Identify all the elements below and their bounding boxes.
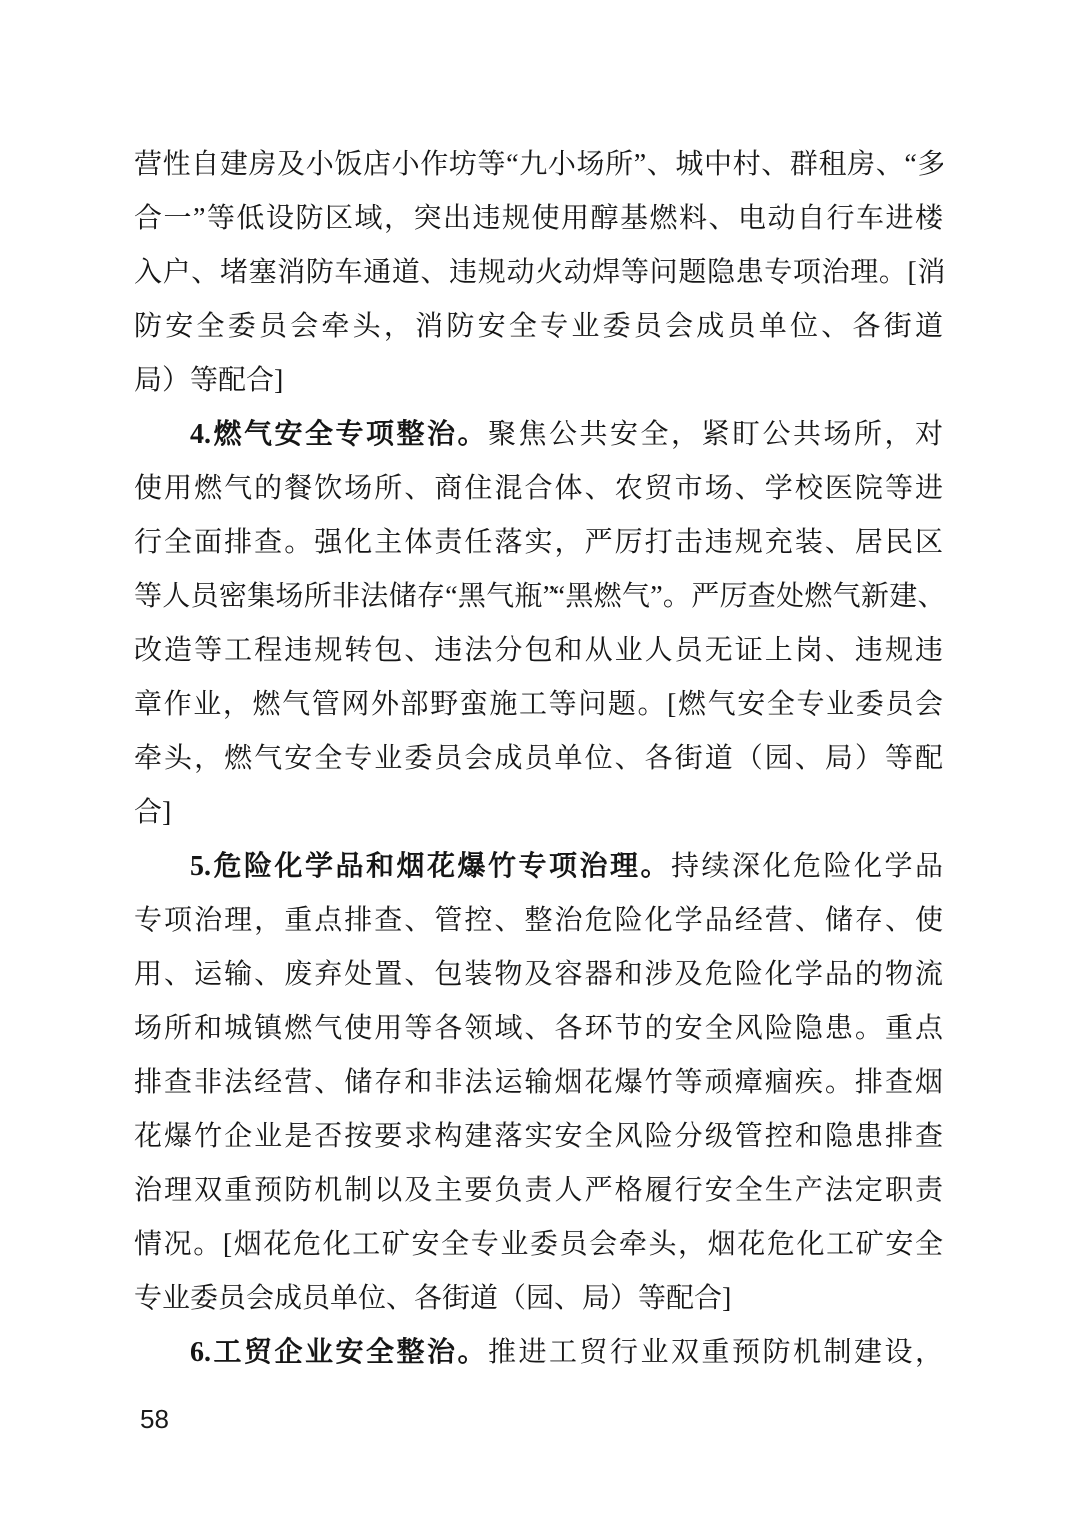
- text-line: 等人员密集场所非法储存“黑气瓶”“黑燃气”。严厉查处燃气新建、: [134, 570, 943, 624]
- text-line: 防安全委员会牵头，消防安全专业委员会成员单位、各街道（园、: [134, 300, 943, 354]
- text-line: 改造等工程违规转包、违法分包和从业人员无证上岗、违规违: [134, 624, 943, 678]
- text-line: 合一”等低设防区域，突出违规使用醇基燃料、电动自行车进楼: [134, 192, 943, 246]
- text-line: 情况。[烟花危化工矿安全专业委员会牵头，烟花危化工矿安全: [134, 1218, 943, 1272]
- text-line: 6.工贸企业安全整治。推进工贸行业双重预防机制建设，: [134, 1326, 943, 1380]
- text-run: 推进工贸行业双重预防机制建设，: [488, 1337, 943, 1368]
- section-6-heading: 6.工贸企业安全整治。: [190, 1337, 488, 1368]
- text-line: 使用燃气的餐饮场所、商住混合体、农贸市场、学校医院等进: [134, 462, 943, 516]
- text-line: 专业委员会成员单位、各街道（园、局）等配合]: [134, 1272, 943, 1326]
- text-line: 牵头，燃气安全专业委员会成员单位、各街道（园、局）等配: [134, 732, 943, 786]
- paragraph-hazchem-fireworks: 5.危险化学品和烟花爆竹专项治理。持续深化危险化学品 专项治理，重点排查、管控、…: [134, 840, 943, 1326]
- section-4-heading: 4.燃气安全专项整治。: [190, 419, 488, 450]
- text-line: 专项治理，重点排查、管控、整治危险化学品经营、储存、使: [134, 894, 943, 948]
- paragraph-gas-safety: 4.燃气安全专项整治。聚焦公共安全，紧盯公共场所，对 使用燃气的餐饮场所、商住混…: [134, 408, 943, 840]
- document-page: 营性自建房及小饭店小作坊等“九小场所”、城中村、群租房、“多 合一”等低设防区域…: [0, 0, 1074, 1520]
- paragraph-industry-trade-safety: 6.工贸企业安全整治。推进工贸行业双重预防机制建设，: [134, 1326, 943, 1380]
- text-line: 排查非法经营、储存和非法运输烟花爆竹等顽瘴痼疾。排查烟: [134, 1056, 943, 1110]
- page-number: 58: [140, 1404, 169, 1434]
- text-line: 4.燃气安全专项整治。聚焦公共安全，紧盯公共场所，对: [134, 408, 943, 462]
- text-run: 聚焦公共安全，紧盯公共场所，对: [488, 419, 943, 450]
- text-line: 花爆竹企业是否按要求构建落实安全风险分级管控和隐患排查: [134, 1110, 943, 1164]
- paragraph-fire-safety-continuation: 营性自建房及小饭店小作坊等“九小场所”、城中村、群租房、“多 合一”等低设防区域…: [134, 138, 943, 408]
- text-line: 用、运输、废弃处置、包装物及容器和涉及危险化学品的物流: [134, 948, 943, 1002]
- text-line: 章作业，燃气管网外部野蛮施工等问题。[燃气安全专业委员会: [134, 678, 943, 732]
- text-line: 入户、堵塞消防车通道、违规动火动焊等问题隐患专项治理。[消: [134, 246, 943, 300]
- text-line: 合]: [134, 786, 943, 840]
- text-line: 营性自建房及小饭店小作坊等“九小场所”、城中村、群租房、“多: [134, 138, 943, 192]
- text-run: 持续深化危险化学品: [671, 851, 943, 882]
- text-line: 治理双重预防机制以及主要负责人严格履行安全生产法定职责: [134, 1164, 943, 1218]
- text-line: 5.危险化学品和烟花爆竹专项治理。持续深化危险化学品: [134, 840, 943, 894]
- text-line: 场所和城镇燃气使用等各领域、各环节的安全风险隐患。重点: [134, 1002, 943, 1056]
- document-body: 营性自建房及小饭店小作坊等“九小场所”、城中村、群租房、“多 合一”等低设防区域…: [134, 138, 943, 1380]
- text-line: 局）等配合]: [134, 354, 943, 408]
- section-5-heading: 5.危险化学品和烟花爆竹专项治理。: [190, 851, 671, 882]
- text-line: 行全面排查。强化主体责任落实，严厉打击违规充装、居民区: [134, 516, 943, 570]
